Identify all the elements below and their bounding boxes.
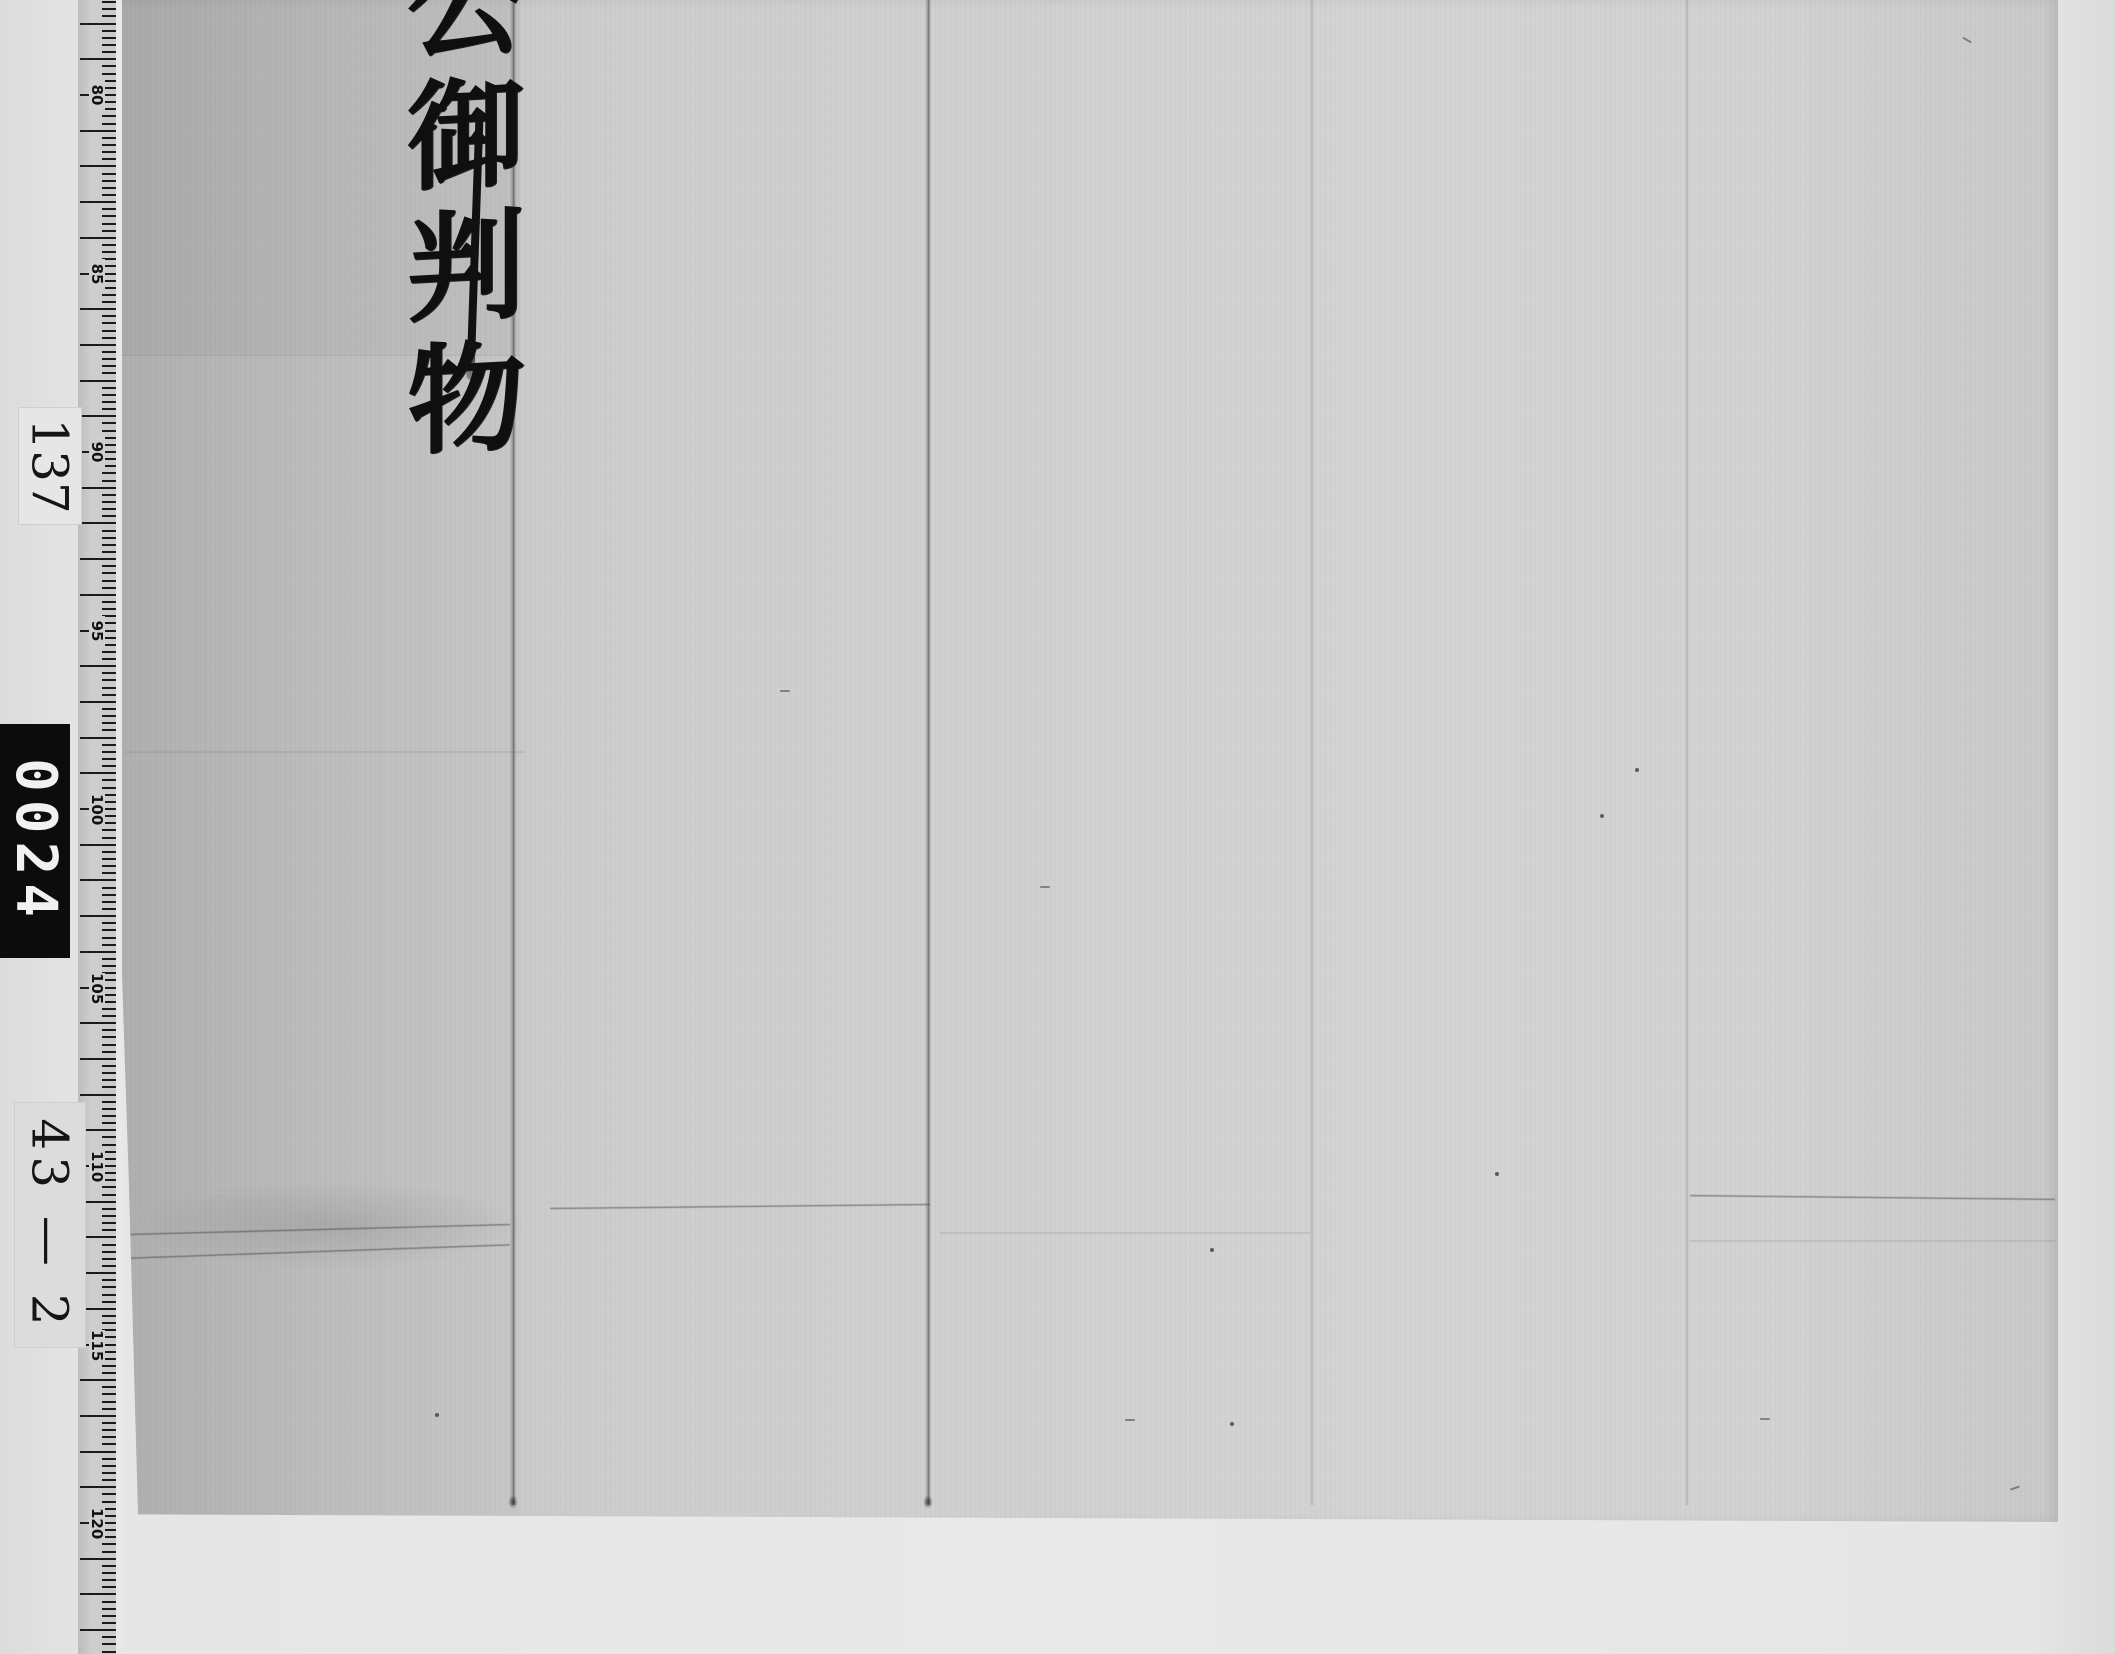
ruler-tick	[102, 744, 116, 746]
ruler-tick	[102, 779, 116, 781]
ruler-tick	[102, 1579, 116, 1581]
ruler-tick	[102, 330, 116, 332]
ruler-tick	[80, 1022, 116, 1024]
ruler-tick	[102, 322, 116, 324]
paper-fiber	[1040, 886, 1050, 888]
ruler-tick	[102, 1015, 116, 1017]
ruler-tick	[102, 1436, 116, 1438]
ruler-tick	[102, 1215, 116, 1217]
horizontal-crease-mid	[550, 1203, 930, 1210]
paper-speck	[1600, 814, 1604, 818]
ruler-tick	[102, 751, 116, 753]
ruler-tick	[102, 1065, 116, 1067]
ruler-tick	[80, 344, 116, 346]
ruler-tick	[80, 380, 116, 382]
ruler-tick	[102, 565, 116, 567]
ruler-tick	[102, 1472, 116, 1474]
ruler-tick	[102, 187, 116, 189]
ruler-tick	[80, 915, 116, 917]
ruler-tick	[80, 844, 116, 846]
ruler-tick	[102, 1365, 116, 1367]
ruler-tick	[80, 772, 116, 774]
ruler-tick	[102, 929, 116, 931]
ruler-tick	[102, 1044, 116, 1046]
ruler-tick	[80, 237, 116, 239]
ruler-tick	[102, 1072, 116, 1074]
ruler-tick	[102, 608, 116, 610]
ruler-tick	[102, 937, 116, 939]
ruler-tick	[102, 722, 116, 724]
ruler-tick	[102, 551, 116, 553]
ruler-tick	[102, 480, 116, 482]
paper-fiber	[2010, 1485, 2020, 1490]
ruler-tick	[102, 73, 116, 75]
calligraphy-title-column: 公御判物	[365, 0, 515, 474]
ruler-tick	[80, 558, 116, 560]
horizontal-crease-right	[1690, 1194, 2055, 1201]
ruler-tick	[80, 951, 116, 953]
paper-speck	[1210, 1248, 1214, 1252]
paper-fiber	[1125, 1419, 1135, 1421]
ruler-tick	[102, 422, 116, 424]
ruler-tick	[102, 51, 116, 53]
ruler-tick	[80, 737, 116, 739]
vertical-fold-3	[1310, 0, 1314, 1505]
ruler-tick	[102, 572, 116, 574]
ruler-tick	[102, 1429, 116, 1431]
ruler-tick	[102, 387, 116, 389]
ruler-tick	[102, 715, 116, 717]
ruler-tick	[102, 1029, 116, 1031]
ruler-tick	[102, 144, 116, 146]
ruler-tick	[80, 665, 116, 667]
ruler-tick	[102, 1372, 116, 1374]
ruler-tick	[102, 223, 116, 225]
ruler-tick	[102, 372, 116, 374]
ruler-tick	[80, 1415, 116, 1417]
ruler-tick	[102, 194, 116, 196]
measurement-ruler: 80859095100105110115120	[78, 0, 122, 1654]
ruler-tick	[80, 1486, 116, 1488]
ruler-tick	[102, 672, 116, 674]
ruler-tick	[102, 694, 116, 696]
ruler-tick	[102, 65, 116, 67]
ruler-tick	[80, 1558, 116, 1560]
ruler-tick	[102, 1301, 116, 1303]
ruler-tick	[80, 1451, 116, 1453]
ruler-tick	[102, 1643, 116, 1645]
ruler-unit-label: 105	[89, 973, 105, 1003]
ruler-tick	[102, 829, 116, 831]
paper-speck	[435, 1413, 439, 1417]
ruler-tick	[80, 1379, 116, 1381]
ruler-tick	[102, 1572, 116, 1574]
ruler-tick	[102, 1222, 116, 1224]
ruler-tick	[102, 865, 116, 867]
ruler-tick	[102, 501, 116, 503]
document-sheet: 公御判物	[120, 0, 2058, 1522]
item-number-label: 43 — 2	[14, 1102, 86, 1348]
ruler-tick	[80, 308, 116, 310]
ruler-tick	[102, 1086, 116, 1088]
ruler-tick	[102, 215, 116, 217]
ruler-tick	[102, 1493, 116, 1495]
ruler-tick	[102, 173, 116, 175]
ruler-tick	[102, 180, 116, 182]
ruler-unit-label: 120	[89, 1508, 105, 1538]
ruler-tick	[102, 351, 116, 353]
ruler-unit-label: 85	[89, 259, 105, 289]
ruler-tick	[102, 1465, 116, 1467]
ruler-tick	[102, 208, 116, 210]
ruler-tick	[102, 1258, 116, 1260]
ruler-tick	[80, 165, 116, 167]
ruler-tick	[102, 1479, 116, 1481]
vertical-fold-4	[1685, 0, 1689, 1505]
ruler-tick	[80, 594, 116, 596]
paper-fiber	[1962, 37, 1972, 44]
ruler-tick	[80, 1629, 116, 1631]
ruler-tick	[80, 522, 116, 524]
ruler-tick	[102, 1036, 116, 1038]
ruler-tick	[102, 1251, 116, 1253]
ruler-tick	[102, 1401, 116, 1403]
ruler-tick	[102, 922, 116, 924]
ruler-tick	[102, 1565, 116, 1567]
ruler-tick	[80, 487, 116, 489]
frame-number-text: 0024	[3, 758, 68, 925]
ruler-tick	[102, 365, 116, 367]
ruler-tick	[80, 58, 116, 60]
ruler-tick	[102, 1194, 116, 1196]
ruler-tick	[102, 251, 116, 253]
ruler-tick	[102, 965, 116, 967]
ruler-tick	[102, 1136, 116, 1138]
ruler-tick	[102, 1443, 116, 1445]
ruler-unit-label: 110	[89, 1151, 105, 1181]
ruler-tick	[102, 394, 116, 396]
ruler-tick	[102, 1229, 116, 1231]
ruler-tick	[102, 8, 116, 10]
horizontal-crease-right-faint	[1690, 1240, 2055, 1242]
ruler-tick	[102, 1101, 116, 1103]
paper-fiber	[780, 690, 790, 692]
ruler-tick	[102, 37, 116, 39]
ruler-tick	[102, 294, 116, 296]
ruler-tick	[80, 1058, 116, 1060]
ruler-tick	[102, 544, 116, 546]
ruler-tick	[102, 894, 116, 896]
ruler-tick	[102, 15, 116, 17]
ruler-tick	[102, 872, 116, 874]
ruler-tick	[80, 1593, 116, 1595]
ruler-tick	[102, 1108, 116, 1110]
horizontal-crease-upper	[125, 751, 525, 753]
ruler-tick	[102, 358, 116, 360]
ruler-tick	[80, 1094, 116, 1096]
ruler-tick	[102, 158, 116, 160]
ruler-tick	[80, 879, 116, 881]
paper-fiber	[1760, 1418, 1770, 1420]
ruler-tick	[102, 537, 116, 539]
ruler-tick	[102, 729, 116, 731]
ruler-tick	[102, 601, 116, 603]
volume-number-label: 137	[18, 407, 82, 525]
ruler-tick	[102, 1294, 116, 1296]
ruler-tick	[102, 1186, 116, 1188]
ruler-tick	[102, 908, 116, 910]
ruler-tick	[102, 1386, 116, 1388]
ruler-tick	[102, 1393, 116, 1395]
ruler-tick	[102, 1651, 116, 1653]
ruler-tick	[102, 151, 116, 153]
ruler-tick	[102, 137, 116, 139]
ruler-tick	[102, 851, 116, 853]
ruler-tick	[80, 130, 116, 132]
ruler-tick	[80, 415, 116, 417]
horizontal-crease-mid-faint	[940, 1232, 1310, 1234]
ruler-tick	[102, 1408, 116, 1410]
frame-number-label: 0024	[0, 724, 70, 958]
ruler-tick	[102, 587, 116, 589]
ruler-tick	[102, 1, 116, 3]
ruler-tick	[102, 1208, 116, 1210]
ruler-tick	[102, 401, 116, 403]
ruler-tick	[102, 1286, 116, 1288]
ruler-tick	[102, 708, 116, 710]
ruler-tick	[102, 1636, 116, 1638]
paper-speck	[1635, 768, 1639, 772]
ruler-tick	[102, 651, 116, 653]
ruler-tick	[102, 472, 116, 474]
volume-number-text: 137	[21, 418, 79, 513]
ruler-tick	[102, 1122, 116, 1124]
ruler-tick	[102, 758, 116, 760]
ruler-unit-label: 90	[89, 437, 105, 467]
ruler-tick	[102, 337, 116, 339]
ruler-tick	[102, 1279, 116, 1281]
ruler-tick	[102, 230, 116, 232]
ruler-tick	[80, 701, 116, 703]
ruler-tick	[102, 837, 116, 839]
ruler-tick	[102, 1422, 116, 1424]
ruler-tick	[102, 1144, 116, 1146]
ruler-tick	[102, 315, 116, 317]
vertical-fold-2	[925, 0, 931, 1505]
ruler-tick	[102, 1601, 116, 1603]
ruler-tick	[102, 1051, 116, 1053]
ruler-tick	[80, 23, 116, 25]
ruler-tick	[102, 1458, 116, 1460]
ruler-unit-label: 100	[89, 794, 105, 824]
ruler-tick	[102, 1543, 116, 1545]
ruler-tick	[102, 944, 116, 946]
ruler-tick	[102, 1265, 116, 1267]
ruler-tick	[102, 1586, 116, 1588]
ruler-tick	[102, 887, 116, 889]
ruler-tick	[102, 244, 116, 246]
ruler-tick	[80, 201, 116, 203]
ruler-tick	[102, 658, 116, 660]
ruler-tick	[102, 1079, 116, 1081]
ruler-tick	[102, 580, 116, 582]
ruler-unit-label: 115	[89, 1330, 105, 1360]
ruler-tick	[102, 787, 116, 789]
ruler-tick	[102, 687, 116, 689]
ruler-tick	[102, 1501, 116, 1503]
ruler-tick	[102, 1322, 116, 1324]
ruler-tick	[102, 1608, 116, 1610]
ruler-tick	[102, 1244, 116, 1246]
ruler-tick	[102, 1315, 116, 1317]
ruler-tick	[102, 901, 116, 903]
ruler-tick	[102, 530, 116, 532]
ruler-tick	[102, 301, 116, 303]
ruler-tick	[102, 123, 116, 125]
ruler-tick	[102, 1115, 116, 1117]
ruler-tick	[102, 679, 116, 681]
ruler-tick	[102, 765, 116, 767]
ruler-tick	[102, 1615, 116, 1617]
item-number-text: 43 — 2	[21, 1118, 79, 1331]
ruler-tick	[102, 430, 116, 432]
paper-speck	[1495, 1172, 1499, 1176]
ruler-tick	[102, 508, 116, 510]
paper-speck	[1230, 1422, 1234, 1426]
ruler-tick	[102, 44, 116, 46]
ruler-tick	[102, 958, 116, 960]
ruler-tick	[102, 515, 116, 517]
ruler-tick	[102, 494, 116, 496]
ruler-unit-label: 95	[89, 616, 105, 646]
ruler-unit-label: 80	[89, 80, 105, 110]
ruler-tick	[102, 1622, 116, 1624]
ruler-tick	[102, 115, 116, 117]
ruler-tick	[102, 858, 116, 860]
ruler-tick	[102, 30, 116, 32]
ruler-tick	[102, 408, 116, 410]
ruler-tick	[102, 1551, 116, 1553]
ruler-tick	[102, 1008, 116, 1010]
